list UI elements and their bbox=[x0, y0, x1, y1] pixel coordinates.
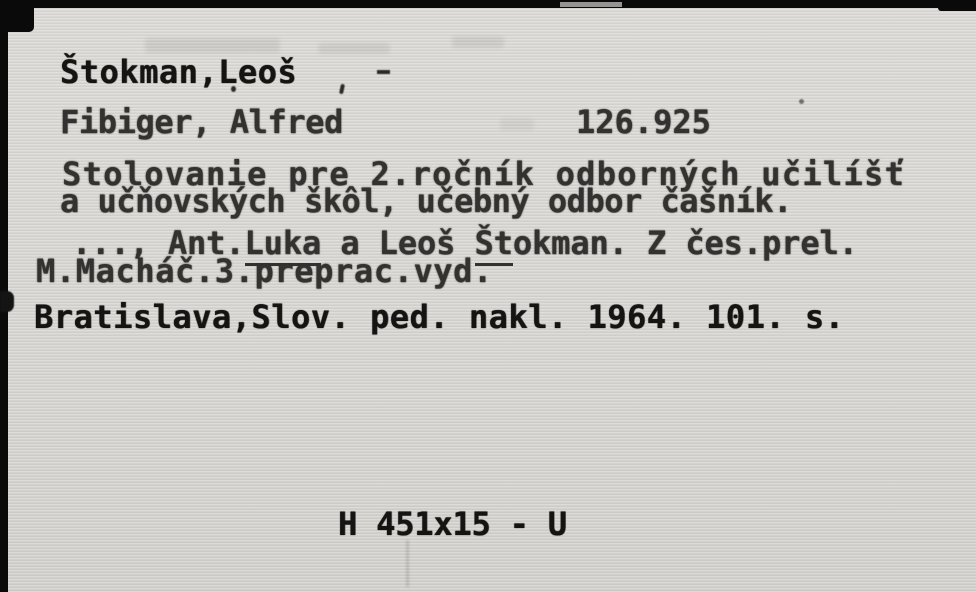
stray-ink-dash bbox=[377, 70, 390, 74]
scan-frame-top-edge bbox=[0, 0, 976, 8]
card-edge-notch bbox=[0, 291, 14, 312]
scan-frame-corner-block bbox=[0, 0, 34, 32]
ghost-smudge bbox=[500, 118, 534, 131]
title-line-3-post: okman. Z čes.prel. bbox=[513, 224, 858, 262]
ghost-smudge bbox=[318, 43, 390, 54]
stray-ink-comma bbox=[339, 84, 345, 95]
added-entry-author: Fibiger, Alfred bbox=[60, 104, 343, 140]
author-heading: Štokman,Leoš bbox=[60, 54, 297, 90]
stray-ink-dot bbox=[799, 99, 804, 104]
call-number: 126.925 bbox=[576, 104, 711, 140]
ghost-smudge bbox=[145, 38, 280, 53]
title-line-4: M.Macháč.3.preprac.vyd. bbox=[36, 253, 493, 289]
catalog-card-scan: Štokman,Leoš Fibiger, Alfred 126.925 Sto… bbox=[0, 0, 976, 592]
shelf-code: H 451x15 - U bbox=[338, 506, 567, 542]
scan-frame-top-right-sliver bbox=[938, 0, 976, 11]
scan-streak bbox=[406, 540, 409, 587]
title-line-2: a učňovských škôl, učebný odbor čašník. bbox=[60, 183, 792, 219]
imprint-line: Bratislava,Slov. ped. nakl. 1964. 101. s… bbox=[34, 299, 844, 335]
ghost-smudge bbox=[452, 36, 504, 48]
scan-frame-top-gap bbox=[560, 2, 622, 7]
